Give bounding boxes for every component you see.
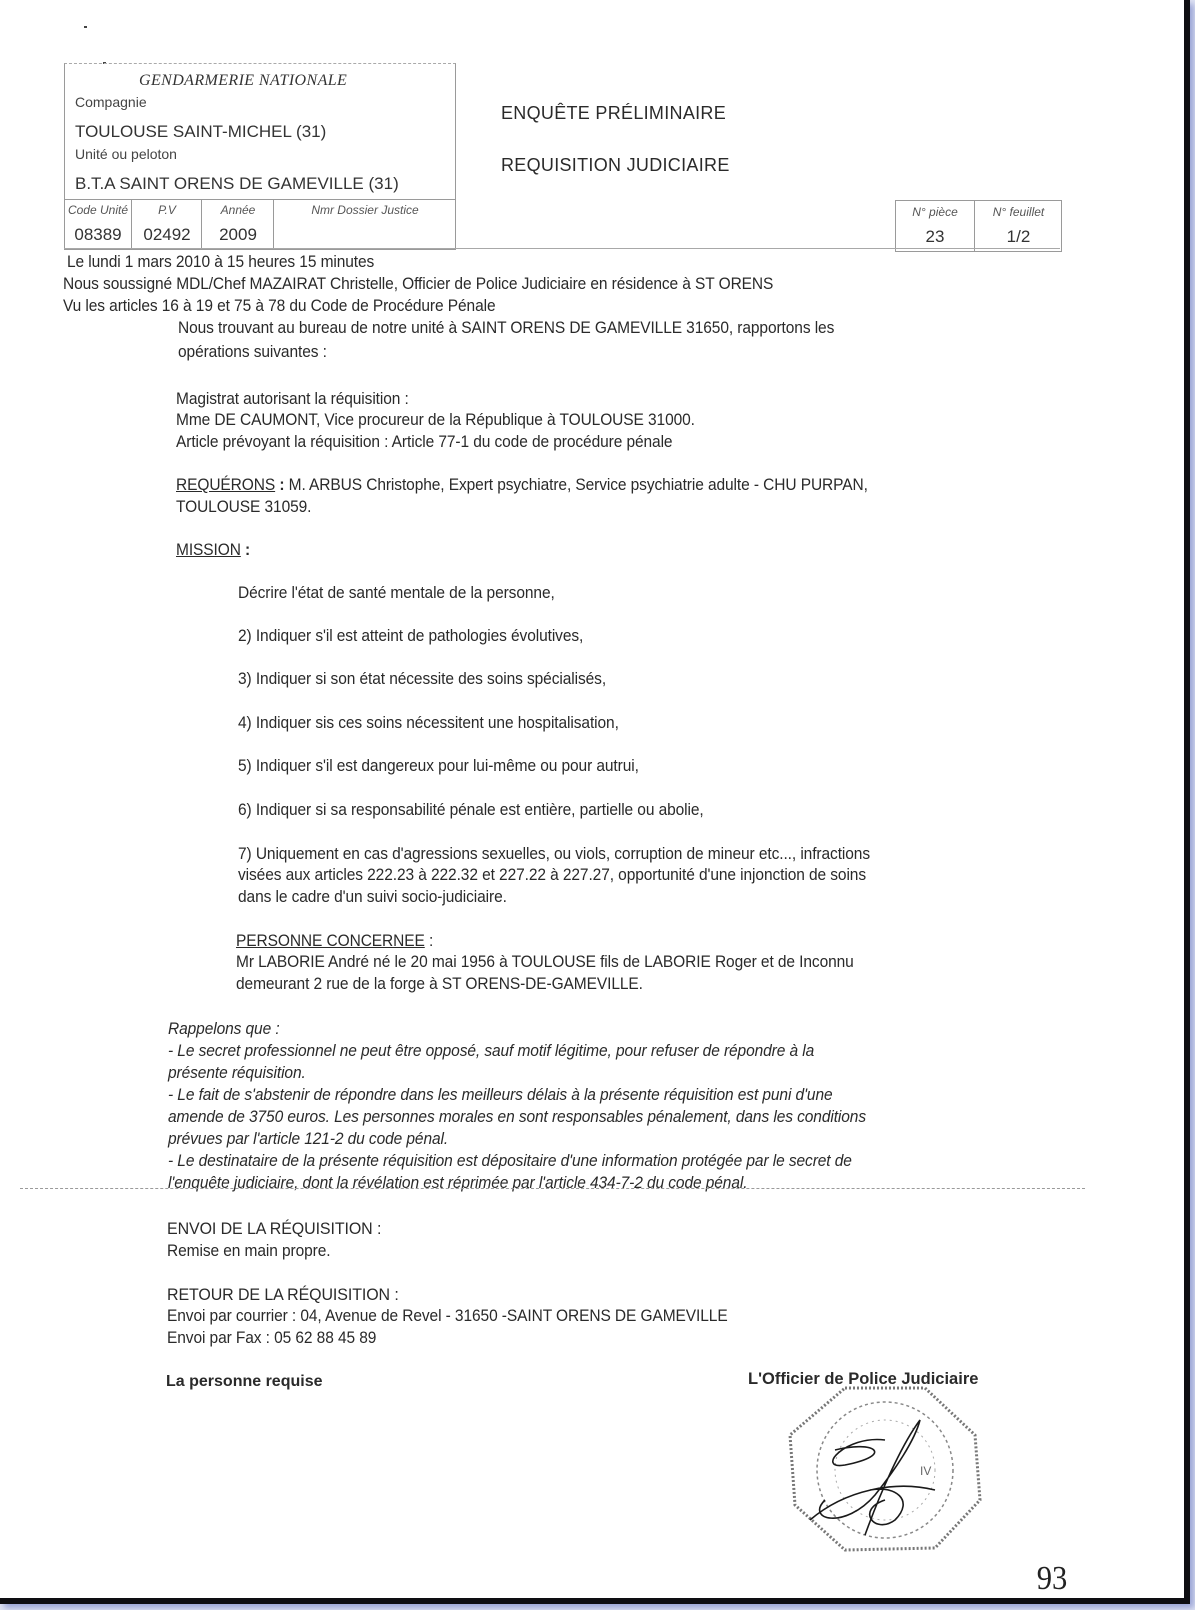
fold-line <box>20 1188 1085 1189</box>
dossier-justice-label: Nmr Dossier Justice <box>274 203 456 217</box>
rappel-line: - Le destinataire de la présente réquisi… <box>168 1152 852 1171</box>
mission-item: 4) Indiquer sis ces soins nécessitent un… <box>238 714 619 733</box>
mission-item-7: dans le cadre d'un suivi socio-judiciair… <box>238 888 507 907</box>
svg-text:IV: IV <box>920 1464 931 1478</box>
rappel-line: présente réquisition. <box>168 1064 306 1083</box>
mission-item: 6) Indiquer si sa responsabilité pénale … <box>238 801 704 820</box>
magistrat-name: Mme DE CAUMONT, Vice procureur de la Rép… <box>176 411 695 430</box>
feuillet-label: N° feuillet <box>975 205 1062 219</box>
requerons-line-2: TOULOUSE 31059. <box>176 498 311 517</box>
mission-item: 5) Indiquer s'il est dangereux pour lui-… <box>238 757 639 776</box>
code-unite-cell: Code Unité 08389 <box>65 199 131 249</box>
feuillet-value: 1/2 <box>975 227 1062 247</box>
rappel-line: - Le fait de s'abstenir de répondre dans… <box>168 1086 833 1105</box>
piece-value: 23 <box>896 227 974 247</box>
pv-cell: P.V 02492 <box>131 199 202 249</box>
mission-item: 3) Indiquer si son état nécessite des so… <box>238 670 606 689</box>
requerons-label: REQUÉRONS <box>176 476 275 494</box>
rappel-line: l'enquête judiciaire, dont la révélation… <box>168 1174 747 1193</box>
annee-value: 2009 <box>202 225 274 245</box>
rappel-line: amende de 3750 euros. Les personnes mora… <box>168 1108 866 1127</box>
mission-separator: : <box>241 541 250 559</box>
date-line: Le lundi 1 mars 2010 à 15 heures 15 minu… <box>67 253 374 272</box>
code-unite-value: 08389 <box>65 225 131 245</box>
personne-label: PERSONNE CONCERNEE <box>236 932 425 950</box>
location-line-1: Nous trouvant au bureau de notre unité à… <box>178 319 834 338</box>
piece-label: N° pièce <box>896 205 974 219</box>
rappel-line: - Le secret professionnel ne peut être o… <box>168 1042 814 1061</box>
envoi-value: Remise en main propre. <box>167 1242 330 1261</box>
compagnie-value: TOULOUSE SAINT-MICHEL (31) <box>75 122 326 142</box>
unite-value: B.T.A SAINT ORENS DE GAMEVILLE (31) <box>75 174 399 194</box>
retour-fax: Envoi par Fax : 05 62 88 45 89 <box>167 1329 376 1348</box>
retour-courrier: Envoi par courrier : 04, Avenue de Revel… <box>167 1307 728 1326</box>
mission-heading: MISSION : <box>176 541 250 560</box>
rappel-line: Rappelons que : <box>168 1020 280 1039</box>
piece-feuillet-box: N° pièce 23 N° feuillet 1/2 <box>895 200 1062 252</box>
unit-header-box: GENDARMERIE NATIONALE Compagnie TOULOUSE… <box>64 63 456 250</box>
signatory-line: Nous soussigné MDL/Chef MAZAIRAT Christe… <box>63 275 773 294</box>
requerons-separator: : <box>275 476 284 494</box>
personne-line-1: Mr LABORIE André né le 20 mai 1956 à TOU… <box>236 953 854 972</box>
envoi-label: ENVOI DE LA RÉQUISITION : <box>167 1219 381 1239</box>
rappel-line: prévues par l'article 121-2 du code péna… <box>168 1130 448 1149</box>
document-title-enquete: ENQUÊTE PRÉLIMINAIRE <box>501 103 726 124</box>
magistrat-article: Article prévoyant la réquisition : Artic… <box>176 433 672 452</box>
retour-label: RETOUR DE LA RÉQUISITION : <box>167 1285 399 1305</box>
mission-item: Décrire l'état de santé mentale de la pe… <box>238 584 555 603</box>
personne-line-2: demeurant 2 rue de la forge à ST ORENS-D… <box>236 975 643 994</box>
document-title-requisition: REQUISITION JUDICIAIRE <box>501 155 730 176</box>
personne-heading: PERSONNE CONCERNEE : <box>236 932 433 951</box>
annee-cell: Année 2009 <box>201 199 274 249</box>
articles-line: Vu les articles 16 à 19 et 75 à 78 du Co… <box>63 297 495 316</box>
organization-name: GENDARMERIE NATIONALE <box>139 72 347 90</box>
piece-cell: N° pièce 23 <box>896 201 974 251</box>
code-unite-label: Code Unité <box>65 203 131 217</box>
dossier-justice-cell: Nmr Dossier Justice <box>273 199 456 249</box>
feuillet-cell: N° feuillet 1/2 <box>974 201 1062 251</box>
compagnie-label: Compagnie <box>75 94 147 110</box>
header-bottom-rule <box>64 248 1060 249</box>
official-stamp-icon: IV <box>785 1380 985 1555</box>
signature-left-label: La personne requise <box>166 1373 323 1391</box>
personne-separator: : <box>425 932 433 950</box>
mission-label: MISSION <box>176 541 241 559</box>
document-page: GENDARMERIE NATIONALE Compagnie TOULOUSE… <box>0 0 1190 1604</box>
unite-label: Unité ou peloton <box>75 146 177 162</box>
scan-speck <box>84 26 87 28</box>
folio-number: 93 <box>1037 1560 1068 1598</box>
pv-label: P.V <box>132 203 202 217</box>
mission-item-7: visées aux articles 222.23 à 222.32 et 2… <box>238 866 866 885</box>
annee-label: Année <box>202 203 274 217</box>
pv-value: 02492 <box>132 225 202 245</box>
mission-item: 2) Indiquer s'il est atteint de patholog… <box>238 627 583 646</box>
requerons-line: REQUÉRONS : M. ARBUS Christophe, Expert … <box>176 476 868 495</box>
mission-item-7: 7) Uniquement en cas d'agressions sexuel… <box>238 845 870 864</box>
location-line-2: opérations suivantes : <box>178 343 327 362</box>
requerons-text: M. ARBUS Christophe, Expert psychiatre, … <box>284 476 867 494</box>
magistrat-label: Magistrat autorisant la réquisition : <box>176 390 409 409</box>
